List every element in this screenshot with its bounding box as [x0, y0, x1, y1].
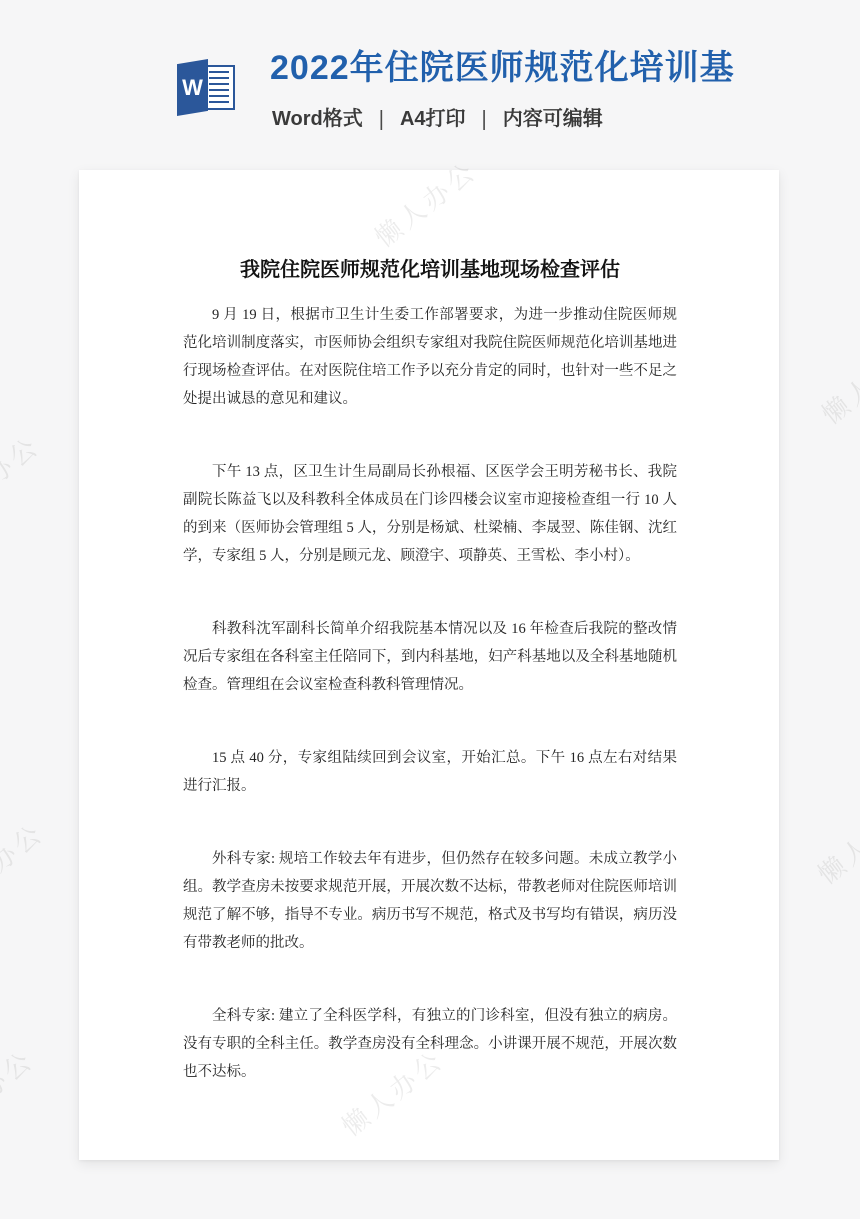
- watermark: 懒人办公: [809, 788, 860, 891]
- document-paragraph: 15 点 40 分，专家组陆续回到会议室，开始汇总。下午 16 点左右对结果进行…: [183, 744, 677, 800]
- document-paragraph: 全科专家: 建立了全科医学科，有独立的门诊科室，但没有独立的病房。没有专职的全科…: [183, 1002, 677, 1086]
- watermark: 懒人办公: [813, 328, 860, 431]
- word-file-icon: W: [177, 56, 237, 119]
- document-paragraph: 下午 13 点，区卫生计生局副局长孙根福、区医学会王明芳秘书长、我院副院长陈益飞…: [183, 458, 677, 570]
- document-paragraph: 科教科沈军副科长简单介绍我院基本情况以及 16 年检查后我院的整改情况后专家组在…: [183, 615, 677, 699]
- format-badge-editable: 内容可编辑: [503, 108, 603, 130]
- format-badge-a4: A4打印: [400, 108, 466, 130]
- watermark: 懒人办公: [0, 1040, 41, 1143]
- document-paragraph: 9 月 19 日，根据市卫生计生委工作部署要求，为进一步推动住院医师规范化培训制…: [183, 301, 677, 413]
- document-title: 我院住院医师规范化培训基地现场检查评估: [183, 256, 677, 284]
- document-paragraph: 外科专家: 规培工作较去年有进步，但仍然存在较多问题。未成立教学小组。教学查房未…: [183, 845, 677, 957]
- format-badge-word: Word格式: [272, 108, 363, 130]
- watermark: 懒人办公: [0, 426, 47, 529]
- format-info: Word格式|A4打印|内容可编辑: [272, 102, 603, 131]
- template-title: 2022年住院医师规范化培训基: [270, 50, 735, 87]
- watermark: 懒人办公: [0, 813, 51, 916]
- separator-bar: |: [482, 107, 487, 131]
- document-page: 我院住院医师规范化培训基地现场检查评估 9 月 19 日，根据市卫生计生委工作部…: [79, 170, 779, 1160]
- page-background: W 2022年住院医师规范化培训基 Word格式|A4打印|内容可编辑 我院住院…: [0, 0, 860, 1219]
- word-icon-letter: W: [182, 77, 203, 99]
- word-icon-text-lines: [209, 71, 229, 104]
- document-content: 我院住院医师规范化培训基地现场检查评估 9 月 19 日，根据市卫生计生委工作部…: [79, 170, 779, 1086]
- separator-bar: |: [379, 107, 384, 131]
- word-icon-cover: W: [177, 59, 208, 116]
